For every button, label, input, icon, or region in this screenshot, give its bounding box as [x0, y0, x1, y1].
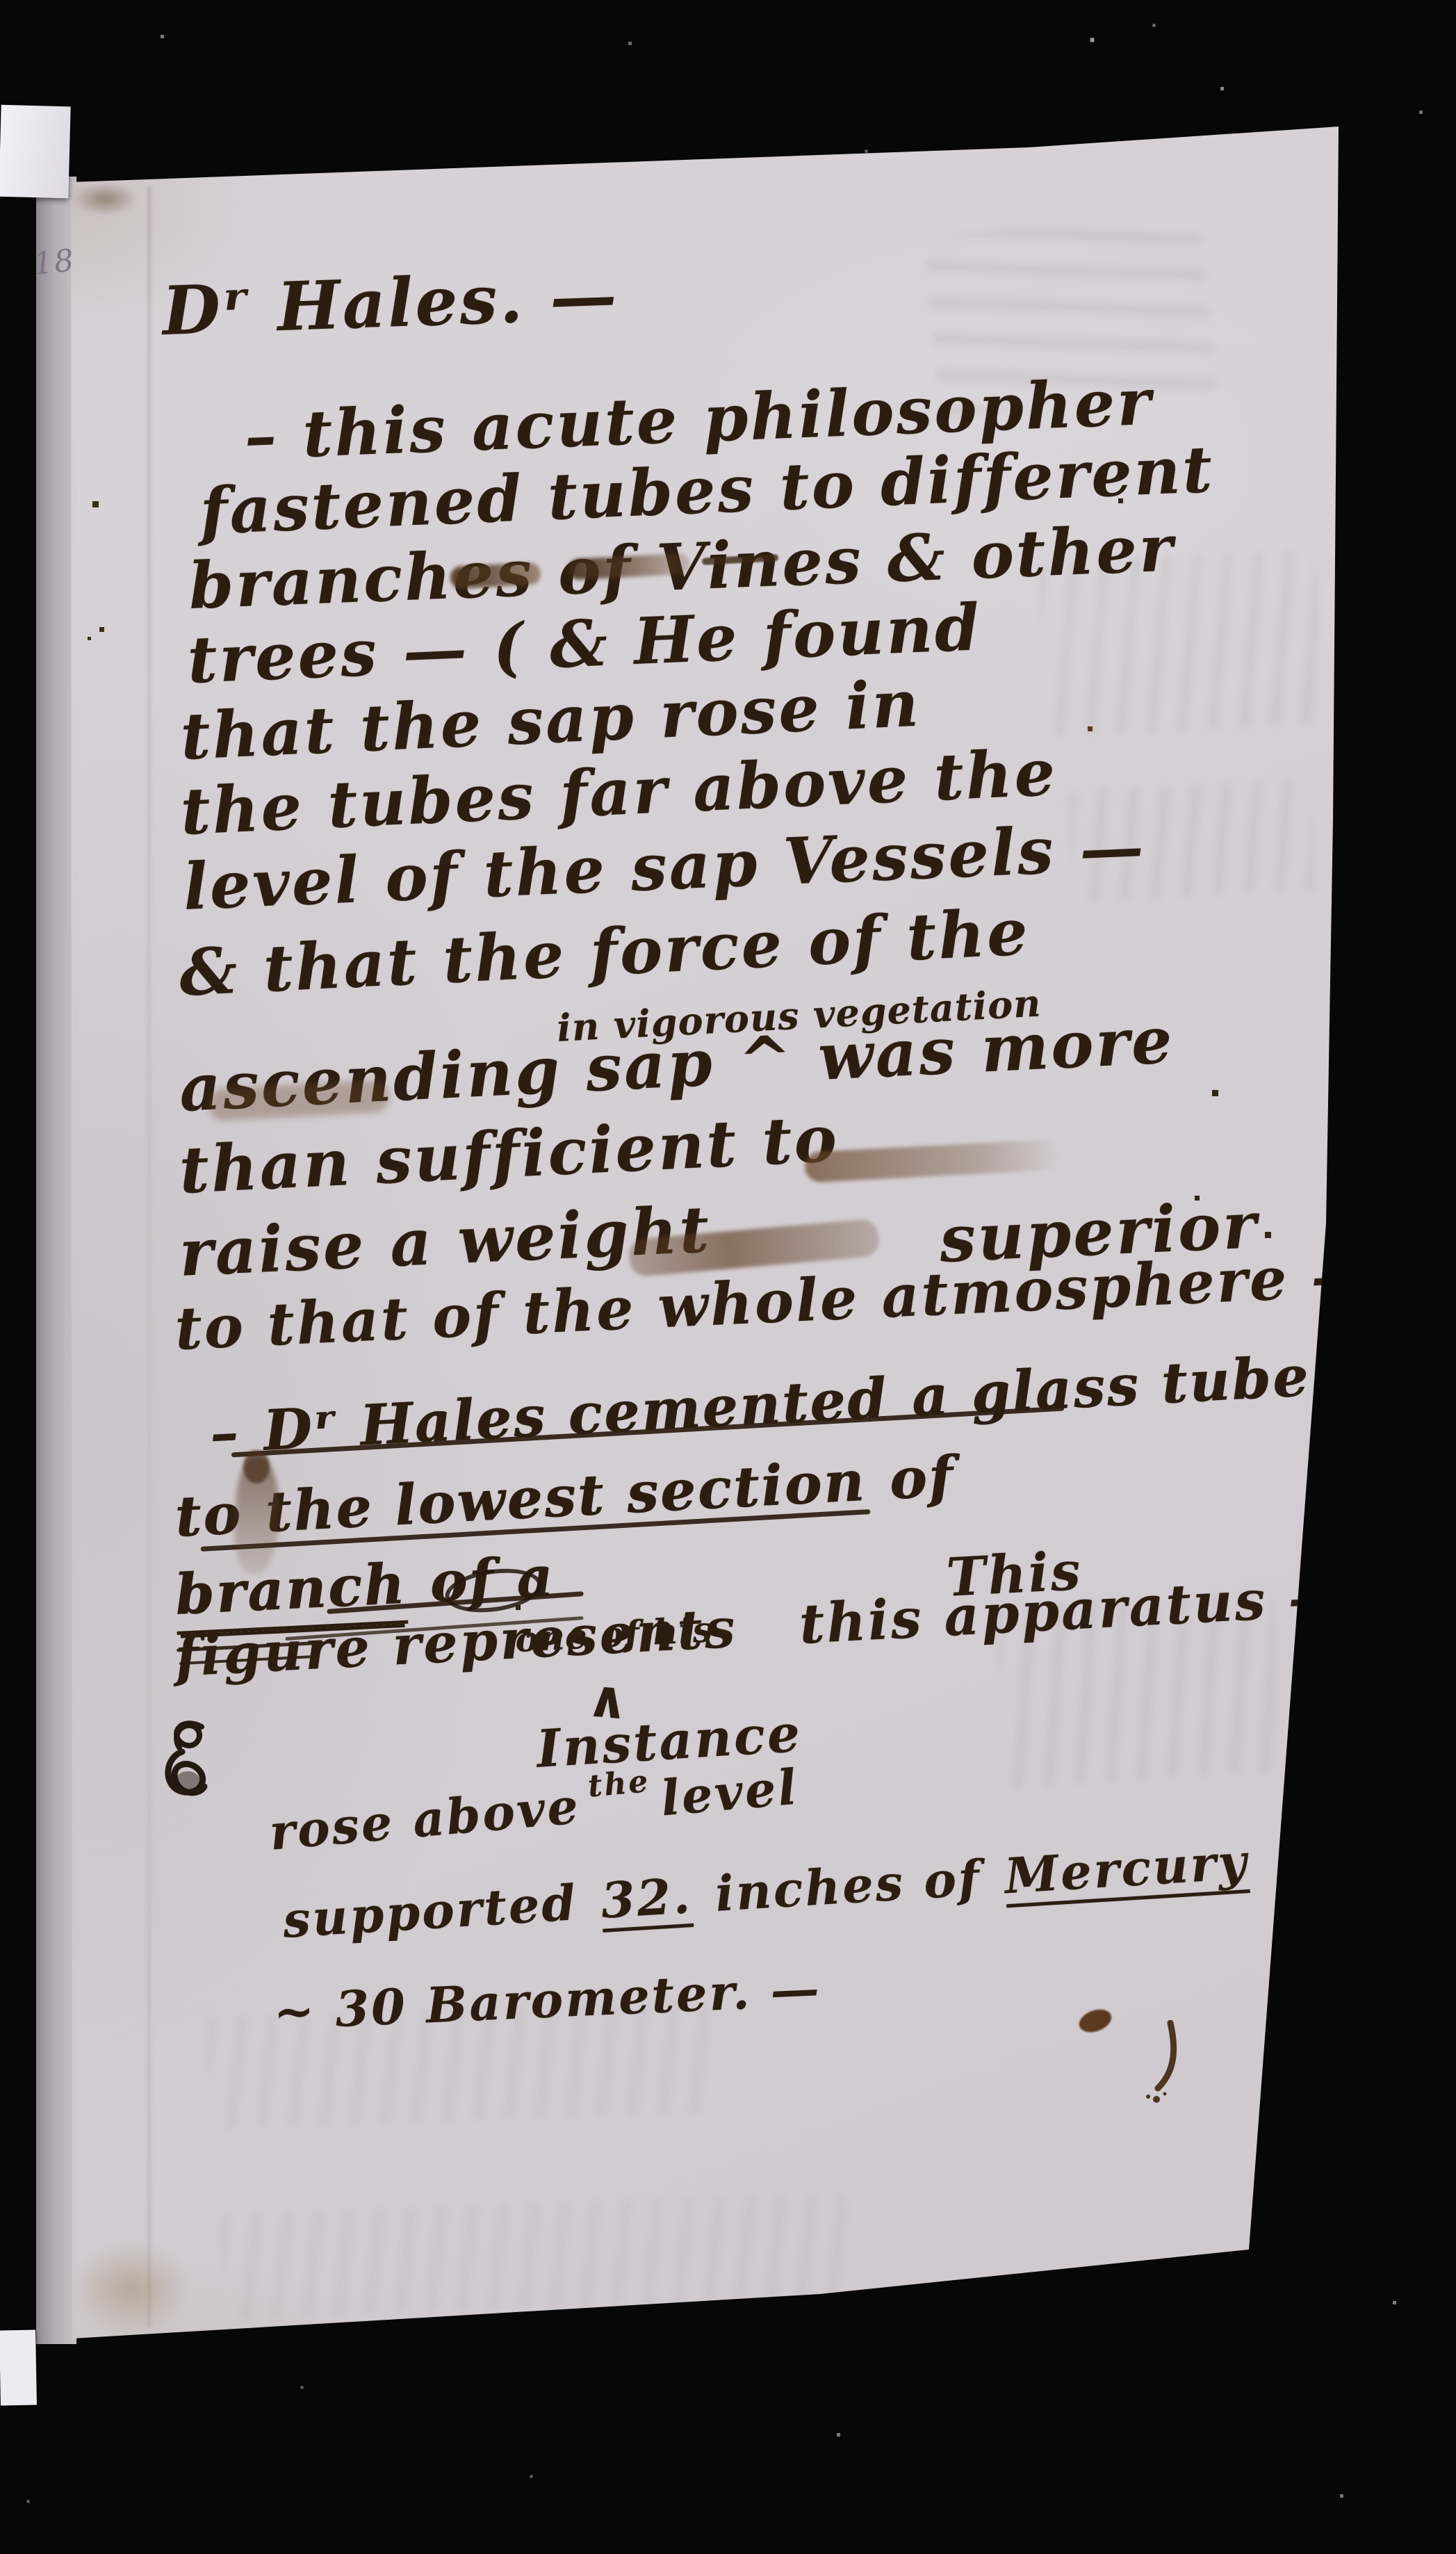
ms-kept-text: a glass tube: [910, 1343, 1311, 1429]
scribbled-out-word: [158, 1714, 235, 1812]
ms-underlined-word: Mercury: [1003, 1832, 1250, 1905]
archival-tab-top: [0, 105, 71, 199]
manuscript-scan: Dʳ Hales. — – this acute philosopher fas…: [0, 0, 1456, 2554]
ms-superscript-the: the: [587, 1764, 651, 1805]
ms-text: inches of: [714, 1849, 983, 1923]
ms-heading: Dʳ Hales. —: [161, 262, 620, 345]
ink-blot: [1076, 2006, 1114, 2037]
corner-grime: [72, 182, 138, 215]
ink-bleedthrough: [221, 2193, 850, 2318]
ink-smear: [243, 1450, 270, 1483]
ms-kept-text: to: [174, 1481, 244, 1550]
ms-kept-text: of: [887, 1443, 956, 1512]
page-crease-line: [147, 186, 151, 2327]
ms-note-line: ~ 30 Barometer. —: [272, 1965, 822, 2037]
folio-number: 18: [31, 243, 76, 282]
ms-text: level: [659, 1757, 801, 1827]
ms-note-line: rose abovethelevel: [268, 1762, 801, 1857]
manuscript-page: Dʳ Hales. — – this acute philosopher fas…: [0, 0, 1456, 2554]
archival-tab-bottom: [0, 2330, 37, 2406]
ms-underlined-value: 32.: [599, 1866, 694, 1930]
pen-hook-mark: [1145, 2020, 1187, 2104]
corner-stain: [72, 2242, 190, 2336]
ms-line: raise a weight: [178, 1197, 712, 1285]
ms-text: supported: [281, 1873, 580, 1949]
book-gutter-edge: [36, 177, 76, 2344]
ink-smudge: [450, 562, 541, 589]
erased-word-smudge: [804, 1139, 1063, 1182]
ms-note-line: supported32.inches ofMercury: [281, 1837, 1250, 1945]
ms-text: rose above: [267, 1777, 582, 1862]
dust-specks: [0, 0, 1, 1]
